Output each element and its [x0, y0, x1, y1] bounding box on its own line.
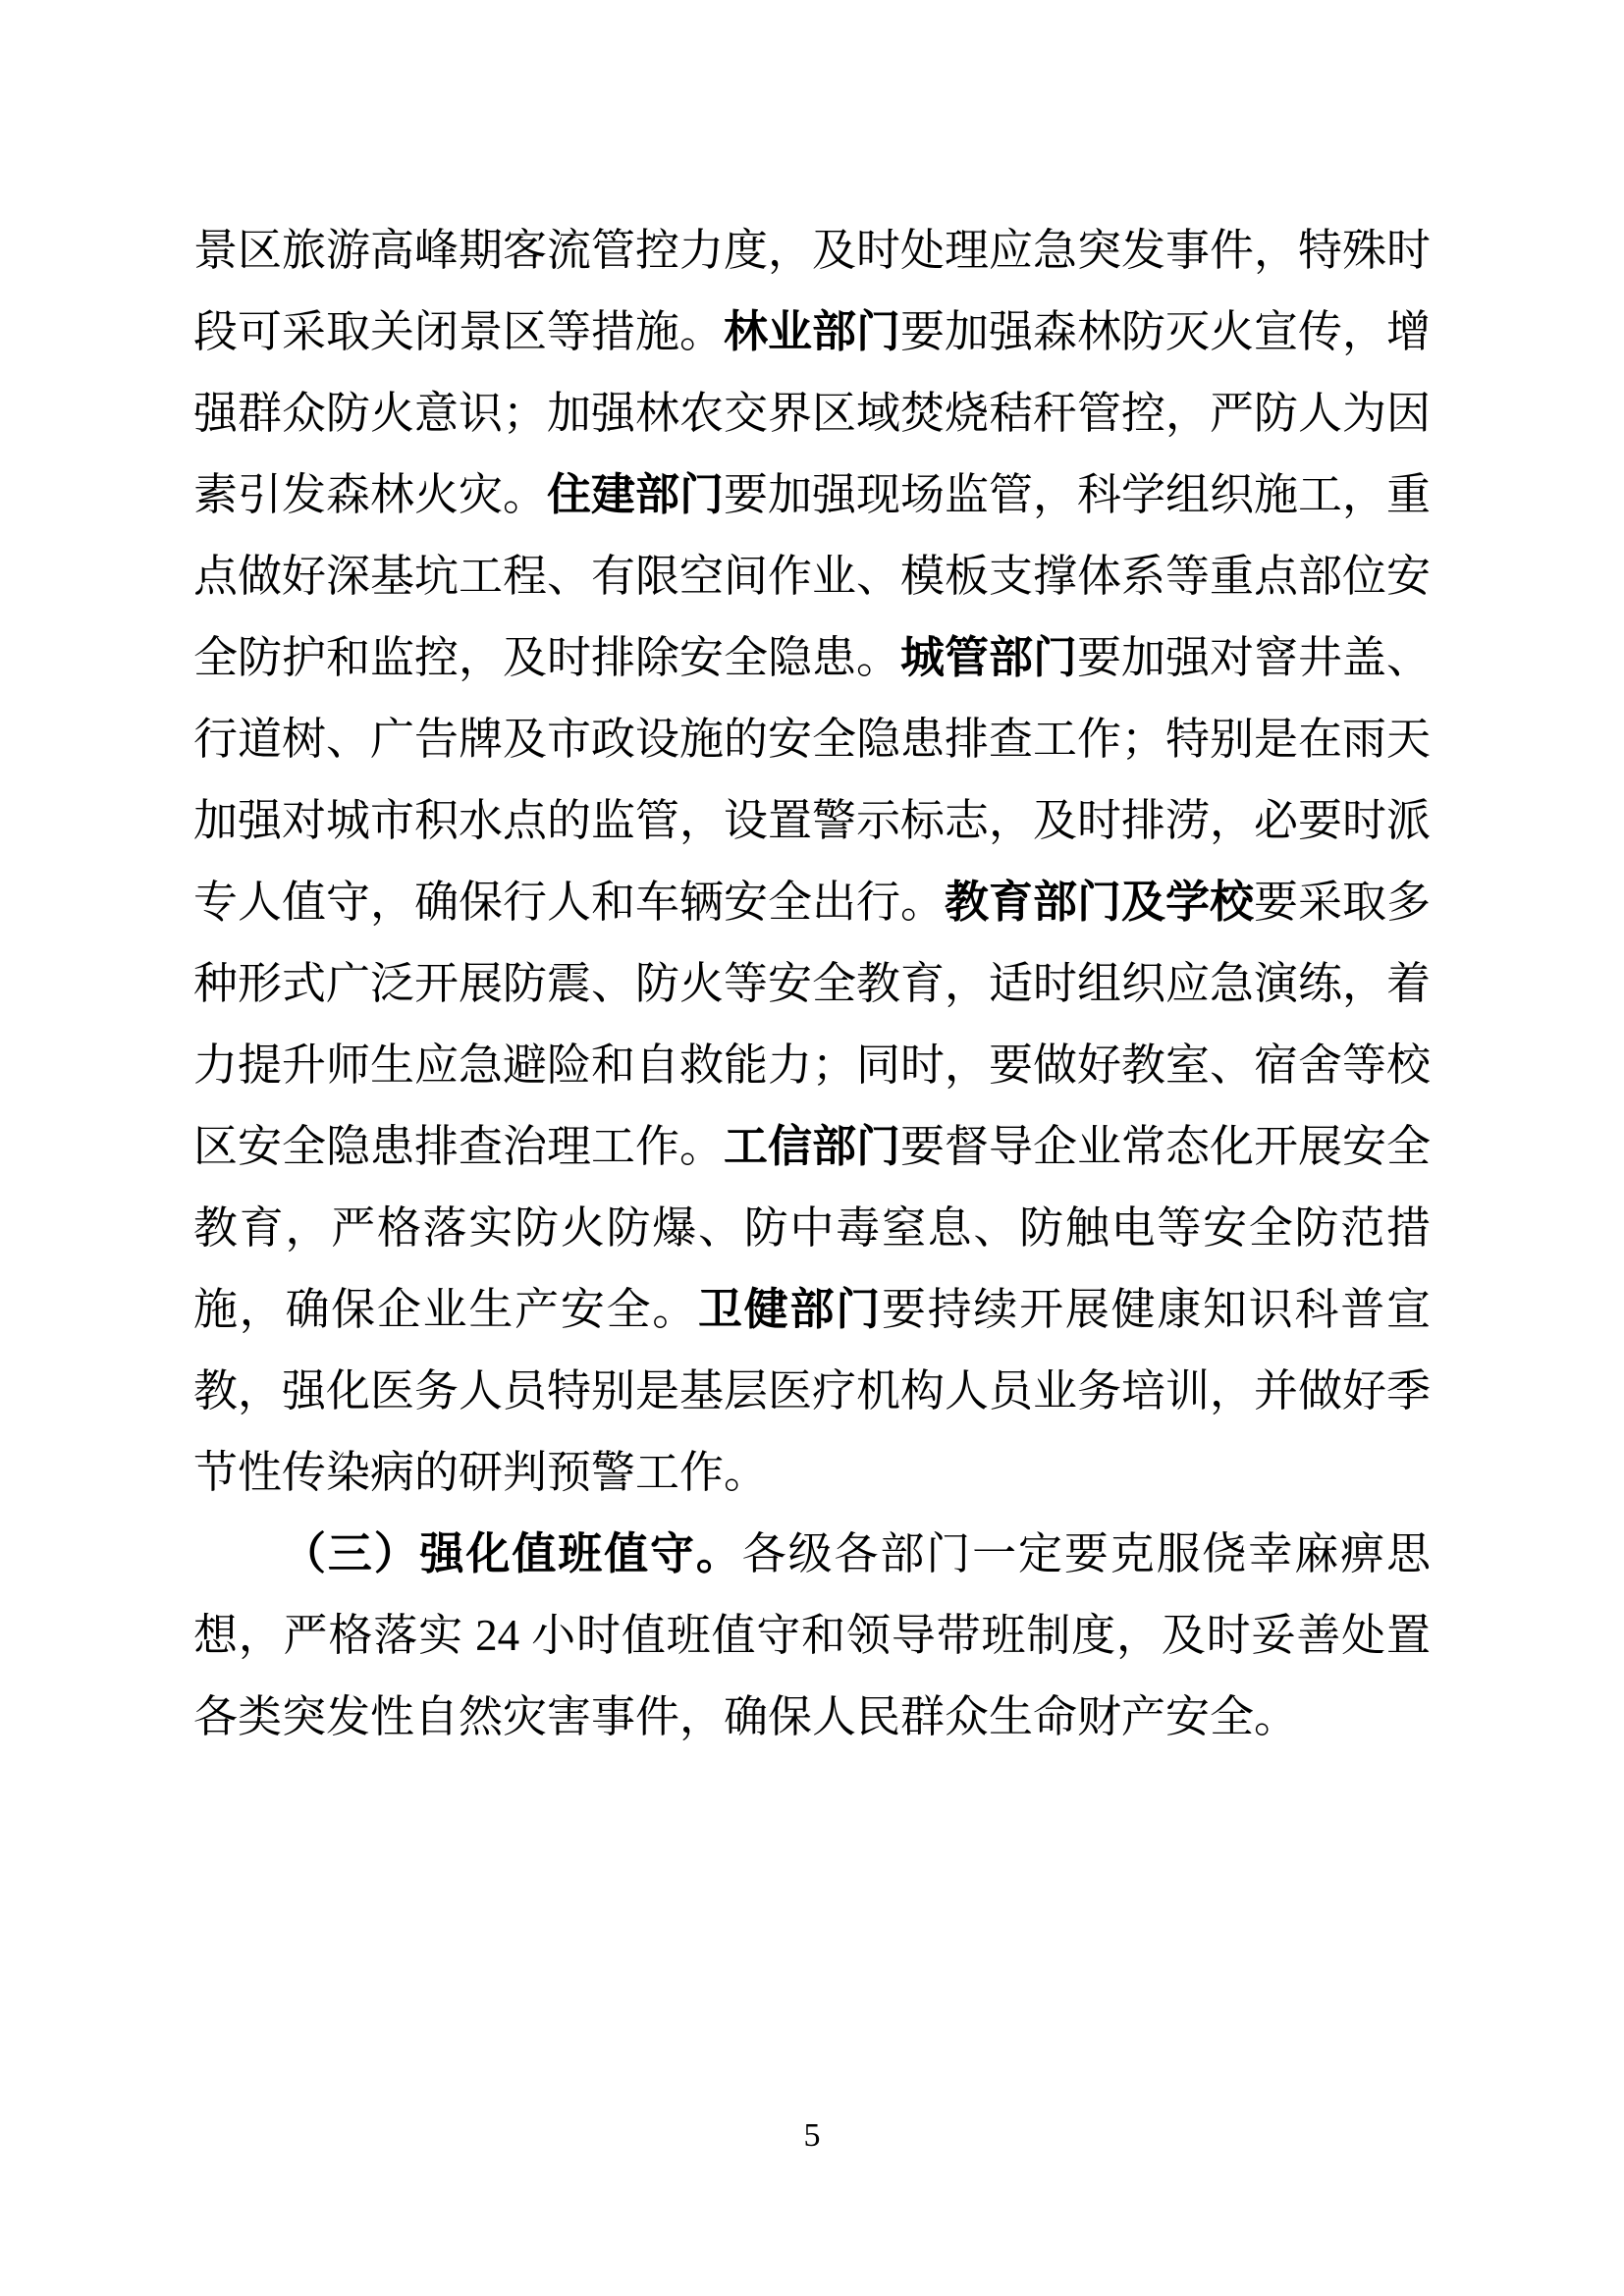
text-run: 点做好深基坑工程、有限空间作业、模板支撑体系等重点部位安 — [193, 552, 1431, 601]
text-run: 要加强对窨井盖、 — [1077, 633, 1431, 682]
department-name-bold: 卫健部门 — [698, 1285, 882, 1334]
document-body: 景区旅游高峰期客流管控力度，及时处理应急突发事件，特殊时 段可采取关闭景区等措施… — [193, 210, 1431, 1758]
text-line: 加强对城市积水点的监管，设置警示标志，及时排涝，必要时派 — [193, 780, 1431, 862]
text-line: 节性传染病的研判预警工作。 — [193, 1432, 1431, 1514]
text-line: 专人值守，确保行人和车辆安全出行。教育部门及学校要采取多 — [193, 862, 1431, 943]
text-run: 区安全隐患排查治理工作。 — [193, 1122, 724, 1171]
text-run: 行道树、广告牌及市政设施的安全隐患排查工作；特别是在雨天 — [193, 715, 1431, 764]
text-line: 教育，严格落实防火防爆、防中毒窒息、防触电等安全防范措 — [193, 1188, 1431, 1269]
text-run: 景区旅游高峰期客流管控力度，及时处理应急突发事件，特殊时 — [193, 226, 1431, 275]
text-run: 力提升师生应急避险和自救能力；同时，要做好教室、宿舍等校 — [193, 1041, 1431, 1090]
text-line: 力提升师生应急避险和自救能力；同时，要做好教室、宿舍等校 — [193, 1025, 1431, 1106]
text-run: 教育，严格落实防火防爆、防中毒窒息、防触电等安全防范措 — [193, 1203, 1431, 1253]
text-line-section-heading: （三）强化值班值守。各级各部门一定要克服侥幸麻痹思 — [193, 1514, 1431, 1595]
text-run: 施，确保企业生产安全。 — [193, 1285, 698, 1334]
text-run: 段可采取关闭景区等措施。 — [193, 307, 724, 356]
text-run: 要加强森林防灭火宣传，增 — [900, 307, 1431, 356]
text-line: 想，严格落实 24 小时值班值守和领导带班制度，及时妥善处置 — [193, 1595, 1431, 1677]
text-run: 各类突发性自然灾害事件，确保人民群众生命财产安全。 — [193, 1692, 1298, 1741]
text-line: 强群众防火意识；加强林农交界区域焚烧秸秆管控，严防人为因 — [193, 373, 1431, 454]
text-run: 素引发森林火灾。 — [193, 470, 547, 519]
text-run: 节性传染病的研判预警工作。 — [193, 1448, 768, 1497]
department-name-bold: 工信部门 — [724, 1122, 900, 1171]
text-run: 要采取多 — [1254, 878, 1431, 927]
text-line: 种形式广泛开展防震、防火等安全教育，适时组织应急演练，着 — [193, 943, 1431, 1025]
page-number: 5 — [0, 2116, 1624, 2156]
document-page: 景区旅游高峰期客流管控力度，及时处理应急突发事件，特殊时 段可采取关闭景区等措施… — [0, 0, 1624, 2296]
department-name-bold: 林业部门 — [724, 307, 900, 356]
text-run: 要持续开展健康知识科普宣 — [882, 1285, 1431, 1334]
text-run: 加强对城市积水点的监管，设置警示标志，及时排涝，必要时派 — [193, 796, 1431, 845]
text-line: 素引发森林火灾。住建部门要加强现场监管，科学组织施工，重 — [193, 454, 1431, 536]
text-run: 强群众防火意识；加强林农交界区域焚烧秸秆管控，严防人为因 — [193, 389, 1431, 438]
section-heading-bold: （三）强化值班值守。 — [282, 1529, 742, 1578]
text-run: 要督导企业常态化开展安全 — [900, 1122, 1431, 1171]
text-line: 行道树、广告牌及市政设施的安全隐患排查工作；特别是在雨天 — [193, 699, 1431, 780]
text-line: 区安全隐患排查治理工作。工信部门要督导企业常态化开展安全 — [193, 1106, 1431, 1188]
text-run: 各级各部门一定要克服侥幸麻痹思 — [742, 1529, 1431, 1578]
text-run: 专人值守，确保行人和车辆安全出行。 — [193, 878, 945, 927]
text-line: 点做好深基坑工程、有限空间作业、模板支撑体系等重点部位安 — [193, 536, 1431, 617]
text-line: 段可采取关闭景区等措施。林业部门要加强森林防灭火宣传，增 — [193, 292, 1431, 373]
text-line: 全防护和监控，及时排除安全隐患。城管部门要加强对窨井盖、 — [193, 617, 1431, 699]
department-name-bold: 教育部门及学校 — [945, 878, 1254, 927]
text-run: 全防护和监控，及时排除安全隐患。 — [193, 633, 900, 682]
text-run: 想，严格落实 24 小时值班值守和领导带班制度，及时妥善处置 — [193, 1611, 1431, 1660]
department-name-bold: 住建部门 — [547, 470, 724, 519]
text-line: 各类突发性自然灾害事件，确保人民群众生命财产安全。 — [193, 1677, 1431, 1758]
text-run: 要加强现场监管，科学组织施工，重 — [724, 470, 1431, 519]
department-name-bold: 城管部门 — [900, 633, 1077, 682]
text-line: 教，强化医务人员特别是基层医疗机构人员业务培训，并做好季 — [193, 1351, 1431, 1432]
text-run: 教，强化医务人员特别是基层医疗机构人员业务培训，并做好季 — [193, 1366, 1431, 1415]
text-line: 景区旅游高峰期客流管控力度，及时处理应急突发事件，特殊时 — [193, 210, 1431, 292]
text-line: 施，确保企业生产安全。卫健部门要持续开展健康知识科普宣 — [193, 1269, 1431, 1351]
text-run: 种形式广泛开展防震、防火等安全教育，适时组织应急演练，着 — [193, 959, 1431, 1008]
